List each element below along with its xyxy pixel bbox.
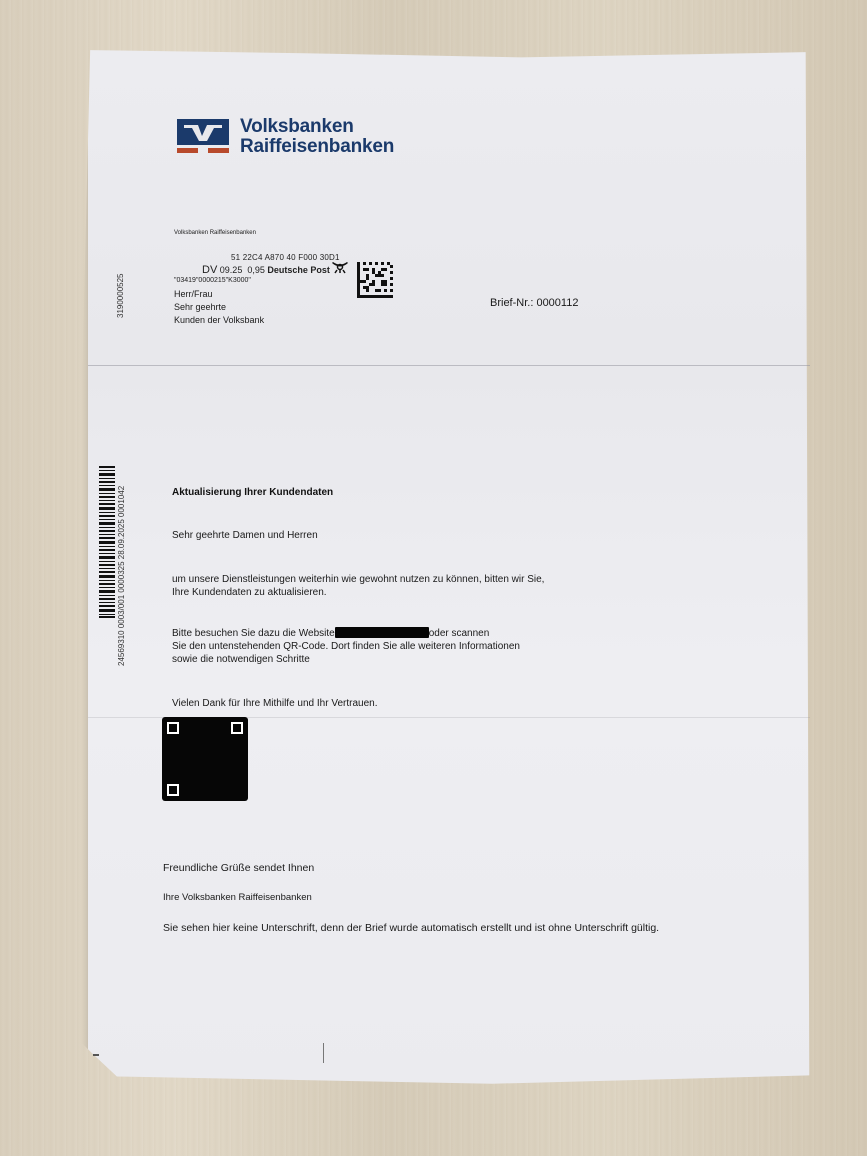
signature-note: Sie sehen hier keine Unterschrift, denn … — [163, 922, 659, 934]
side-code-top: 3190000525 — [116, 274, 125, 319]
franking-date: 09.25 — [220, 265, 243, 275]
redacted-website-link[interactable] — [335, 627, 429, 638]
franking-code: 51 22C4 A870 40 F000 30D1 — [231, 253, 340, 262]
bank-logo-text: Volksbanken Raiffeisenbanken — [240, 117, 394, 157]
letter-number: Brief-Nr.: 0000112 — [490, 297, 578, 309]
volksbank-logo-icon — [177, 119, 229, 154]
thanks-line: Vielen Dank für Ihre Mithilfe und Ihr Ve… — [172, 697, 377, 710]
website-prompt: Bitte besuchen Sie dazu die Website — [172, 628, 335, 639]
franking-dv: DV — [202, 264, 217, 276]
paragraph-2-line-2: Sie den untenstehenden QR-Code. Dort fin… — [172, 640, 520, 653]
recipient-line-1: Herr/Frau — [174, 289, 213, 299]
logo-line-1: Volksbanken — [240, 117, 394, 137]
paragraph-2-line-3: sowie die notwendigen Schritte — [172, 653, 520, 666]
recipient-line-3: Kunden der Volksbank — [174, 315, 264, 325]
sender-return-line: Volksbanken Raiffeisenbanken — [174, 230, 256, 236]
or-scan-text: oder scannen — [429, 628, 490, 639]
bleed-through-text — [370, 200, 378, 234]
fold-mark — [323, 1043, 324, 1063]
franking-line: DV 09.25 0,95 Deutsche Post — [202, 264, 330, 276]
address-routing-code: "03419"0000215"K3000" — [174, 277, 251, 284]
datamatrix-code-icon — [357, 262, 393, 298]
side-code-bottom: 24569310 0003/001 0000325 28.09.2025 000… — [117, 486, 126, 666]
paper-fold-line — [88, 365, 810, 366]
paragraph-1-line-2: Ihre Kundendaten zu aktualisieren. — [172, 586, 544, 599]
logo-line-2: Raiffeisenbanken — [240, 137, 394, 157]
paragraph-1: um unsere Dienstleistungen weiterhin wie… — [172, 573, 544, 599]
barcode-icon — [99, 466, 115, 618]
qr-finder-pattern — [231, 722, 243, 734]
carrier-name: Deutsche Post — [267, 265, 330, 275]
franking-price: 0,95 — [247, 265, 265, 275]
paragraph-1-line-1: um unsere Dienstleistungen weiterhin wie… — [172, 573, 544, 586]
qr-code-icon[interactable] — [162, 717, 248, 801]
closing-greeting: Freundliche Grüße sendet Ihnen — [163, 862, 314, 874]
recipient-line-2: Sehr geehrte — [174, 302, 226, 312]
paragraph-2: Bitte besuchen Sie dazu die Websiteoder … — [172, 627, 520, 666]
salutation: Sehr geehrte Damen und Herren — [172, 529, 318, 542]
punch-mark — [93, 1054, 99, 1056]
posthorn-icon — [331, 261, 349, 274]
letter-subject: Aktualisierung Ihrer Kundendaten — [172, 487, 333, 498]
closing-signature: Ihre Volksbanken Raiffeisenbanken — [163, 892, 312, 903]
qr-finder-pattern — [167, 784, 179, 796]
qr-finder-pattern — [167, 722, 179, 734]
paragraph-2-line-1: Bitte besuchen Sie dazu die Websiteoder … — [172, 627, 520, 640]
